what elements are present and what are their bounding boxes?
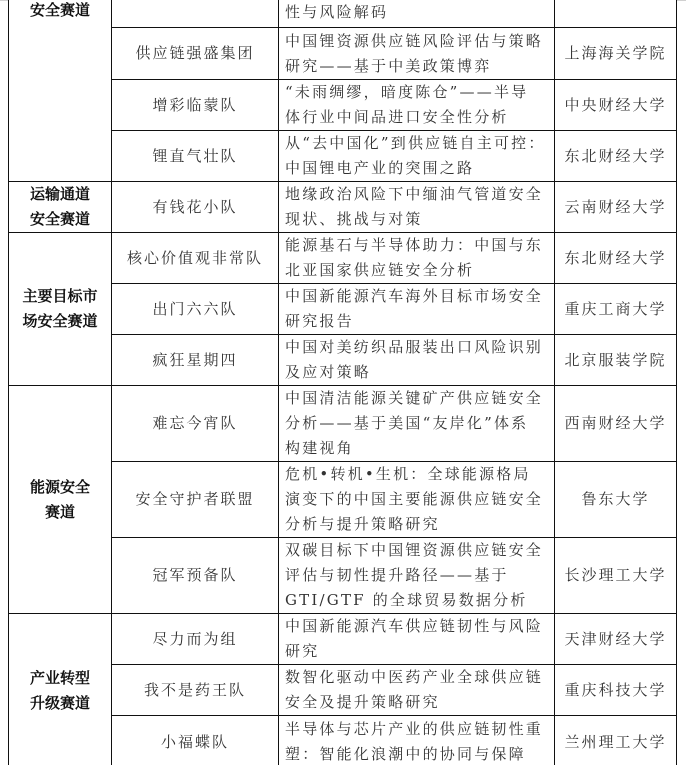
school-cell: 东北财经大学 [555,131,677,182]
table-row: 运输通道 安全赛道 有钱花小队 地缘政治风险下中缅油气管道安全 现状、挑战与对策… [9,182,677,233]
title-cell: 地缘政治风险下中缅油气管道安全 现状、挑战与对策 [279,182,555,233]
title-cell: 性与风险解码 [279,0,555,28]
school-cell: 西南财经大学 [555,386,677,462]
title-cell: 从“去中国化”到供应链自主可控： 中国锂电产业的突围之路 [279,131,555,182]
title-cell: 双碳目标下中国锂资源供应链安全 评估与韧性提升路径——基于 GTI/GTF 的全… [279,538,555,614]
track-cell: 主要目标市 场安全赛道 [9,233,112,386]
school-cell: 重庆工商大学 [555,284,677,335]
team-cell: 安全守护者联盟 [112,462,279,538]
school-cell: 鲁东大学 [555,462,677,538]
title-cell: 中国对美纺织品服装出口风险识别 及应对策略 [279,335,555,386]
track-cell: 安全赛道 [9,0,112,182]
team-cell: 有钱花小队 [112,182,279,233]
table-row: 安全赛道 性与风险解码 [9,0,677,28]
team-cell: 供应链强盛集团 [112,28,279,80]
school-cell: 中央财经大学 [555,80,677,131]
title-cell: 中国新能源汽车供应链韧性与风险 研究 [279,614,555,665]
track-cell: 产业转型 升级赛道 [9,614,112,765]
school-cell [555,0,677,28]
team-cell: 出门六六队 [112,284,279,335]
track-label: 安全赛道 [13,0,107,23]
school-cell: 云南财经大学 [555,182,677,233]
title-cell: 能源基石与半导体助力：中国与东 北亚国家供应链安全分析 [279,233,555,284]
table-row: 能源安全 赛道 难忘今宵队 中国清洁能源关键矿产供应链安全 分析——基于美国“友… [9,386,677,462]
team-cell: 锂直气壮队 [112,131,279,182]
team-cell: 难忘今宵队 [112,386,279,462]
school-cell: 重庆科技大学 [555,665,677,716]
title-cell: 中国新能源汽车海外目标市场安全 研究报告 [279,284,555,335]
title-cell: 数智化驱动中医药产业全球供应链 安全及提升策略研究 [279,665,555,716]
school-cell: 长沙理工大学 [555,538,677,614]
title-cell: 半导体与芯片产业的供应链韧性重 塑：智能化浪潮中的协同与保障 [279,716,555,765]
competition-results-table-container: 安全赛道 性与风险解码 供应链强盛集团 中国锂资源供应链风险评估与策略 研究——… [8,0,676,765]
page-edge-right [676,0,686,1]
table-row: 产业转型 升级赛道 尽力而为组 中国新能源汽车供应链韧性与风险 研究 天津财经大… [9,614,677,665]
team-cell: 小福蝶队 [112,716,279,765]
competition-results-table: 安全赛道 性与风险解码 供应链强盛集团 中国锂资源供应链风险评估与策略 研究——… [8,0,677,765]
school-cell: 天津财经大学 [555,614,677,665]
team-cell: 冠军预备队 [112,538,279,614]
school-cell: 东北财经大学 [555,233,677,284]
school-cell: 兰州理工大学 [555,716,677,765]
track-cell: 能源安全 赛道 [9,386,112,614]
title-cell: “未雨绸缪，暗度陈仓”——半导 体行业中间品进口安全性分析 [279,80,555,131]
team-cell: 疯狂星期四 [112,335,279,386]
table-row: 主要目标市 场安全赛道 核心价值观非常队 能源基石与半导体助力：中国与东 北亚国… [9,233,677,284]
team-cell: 增彩临蒙队 [112,80,279,131]
team-cell: 核心价值观非常队 [112,233,279,284]
title-cell: 中国清洁能源关键矿产供应链安全 分析——基于美国“友岸化”体系 构建视角 [279,386,555,462]
track-cell: 运输通道 安全赛道 [9,182,112,233]
page-edge-left [0,0,8,1]
team-cell: 尽力而为组 [112,614,279,665]
title-cell: 危机•转机•生机：全球能源格局 演变下的中国主要能源供应链安全 分析与提升策略研… [279,462,555,538]
team-cell: 我不是药王队 [112,665,279,716]
title-cell: 中国锂资源供应链风险评估与策略 研究——基于中美政策博弈 [279,28,555,80]
school-cell: 北京服装学院 [555,335,677,386]
school-cell: 上海海关学院 [555,28,677,80]
team-cell [112,0,279,28]
